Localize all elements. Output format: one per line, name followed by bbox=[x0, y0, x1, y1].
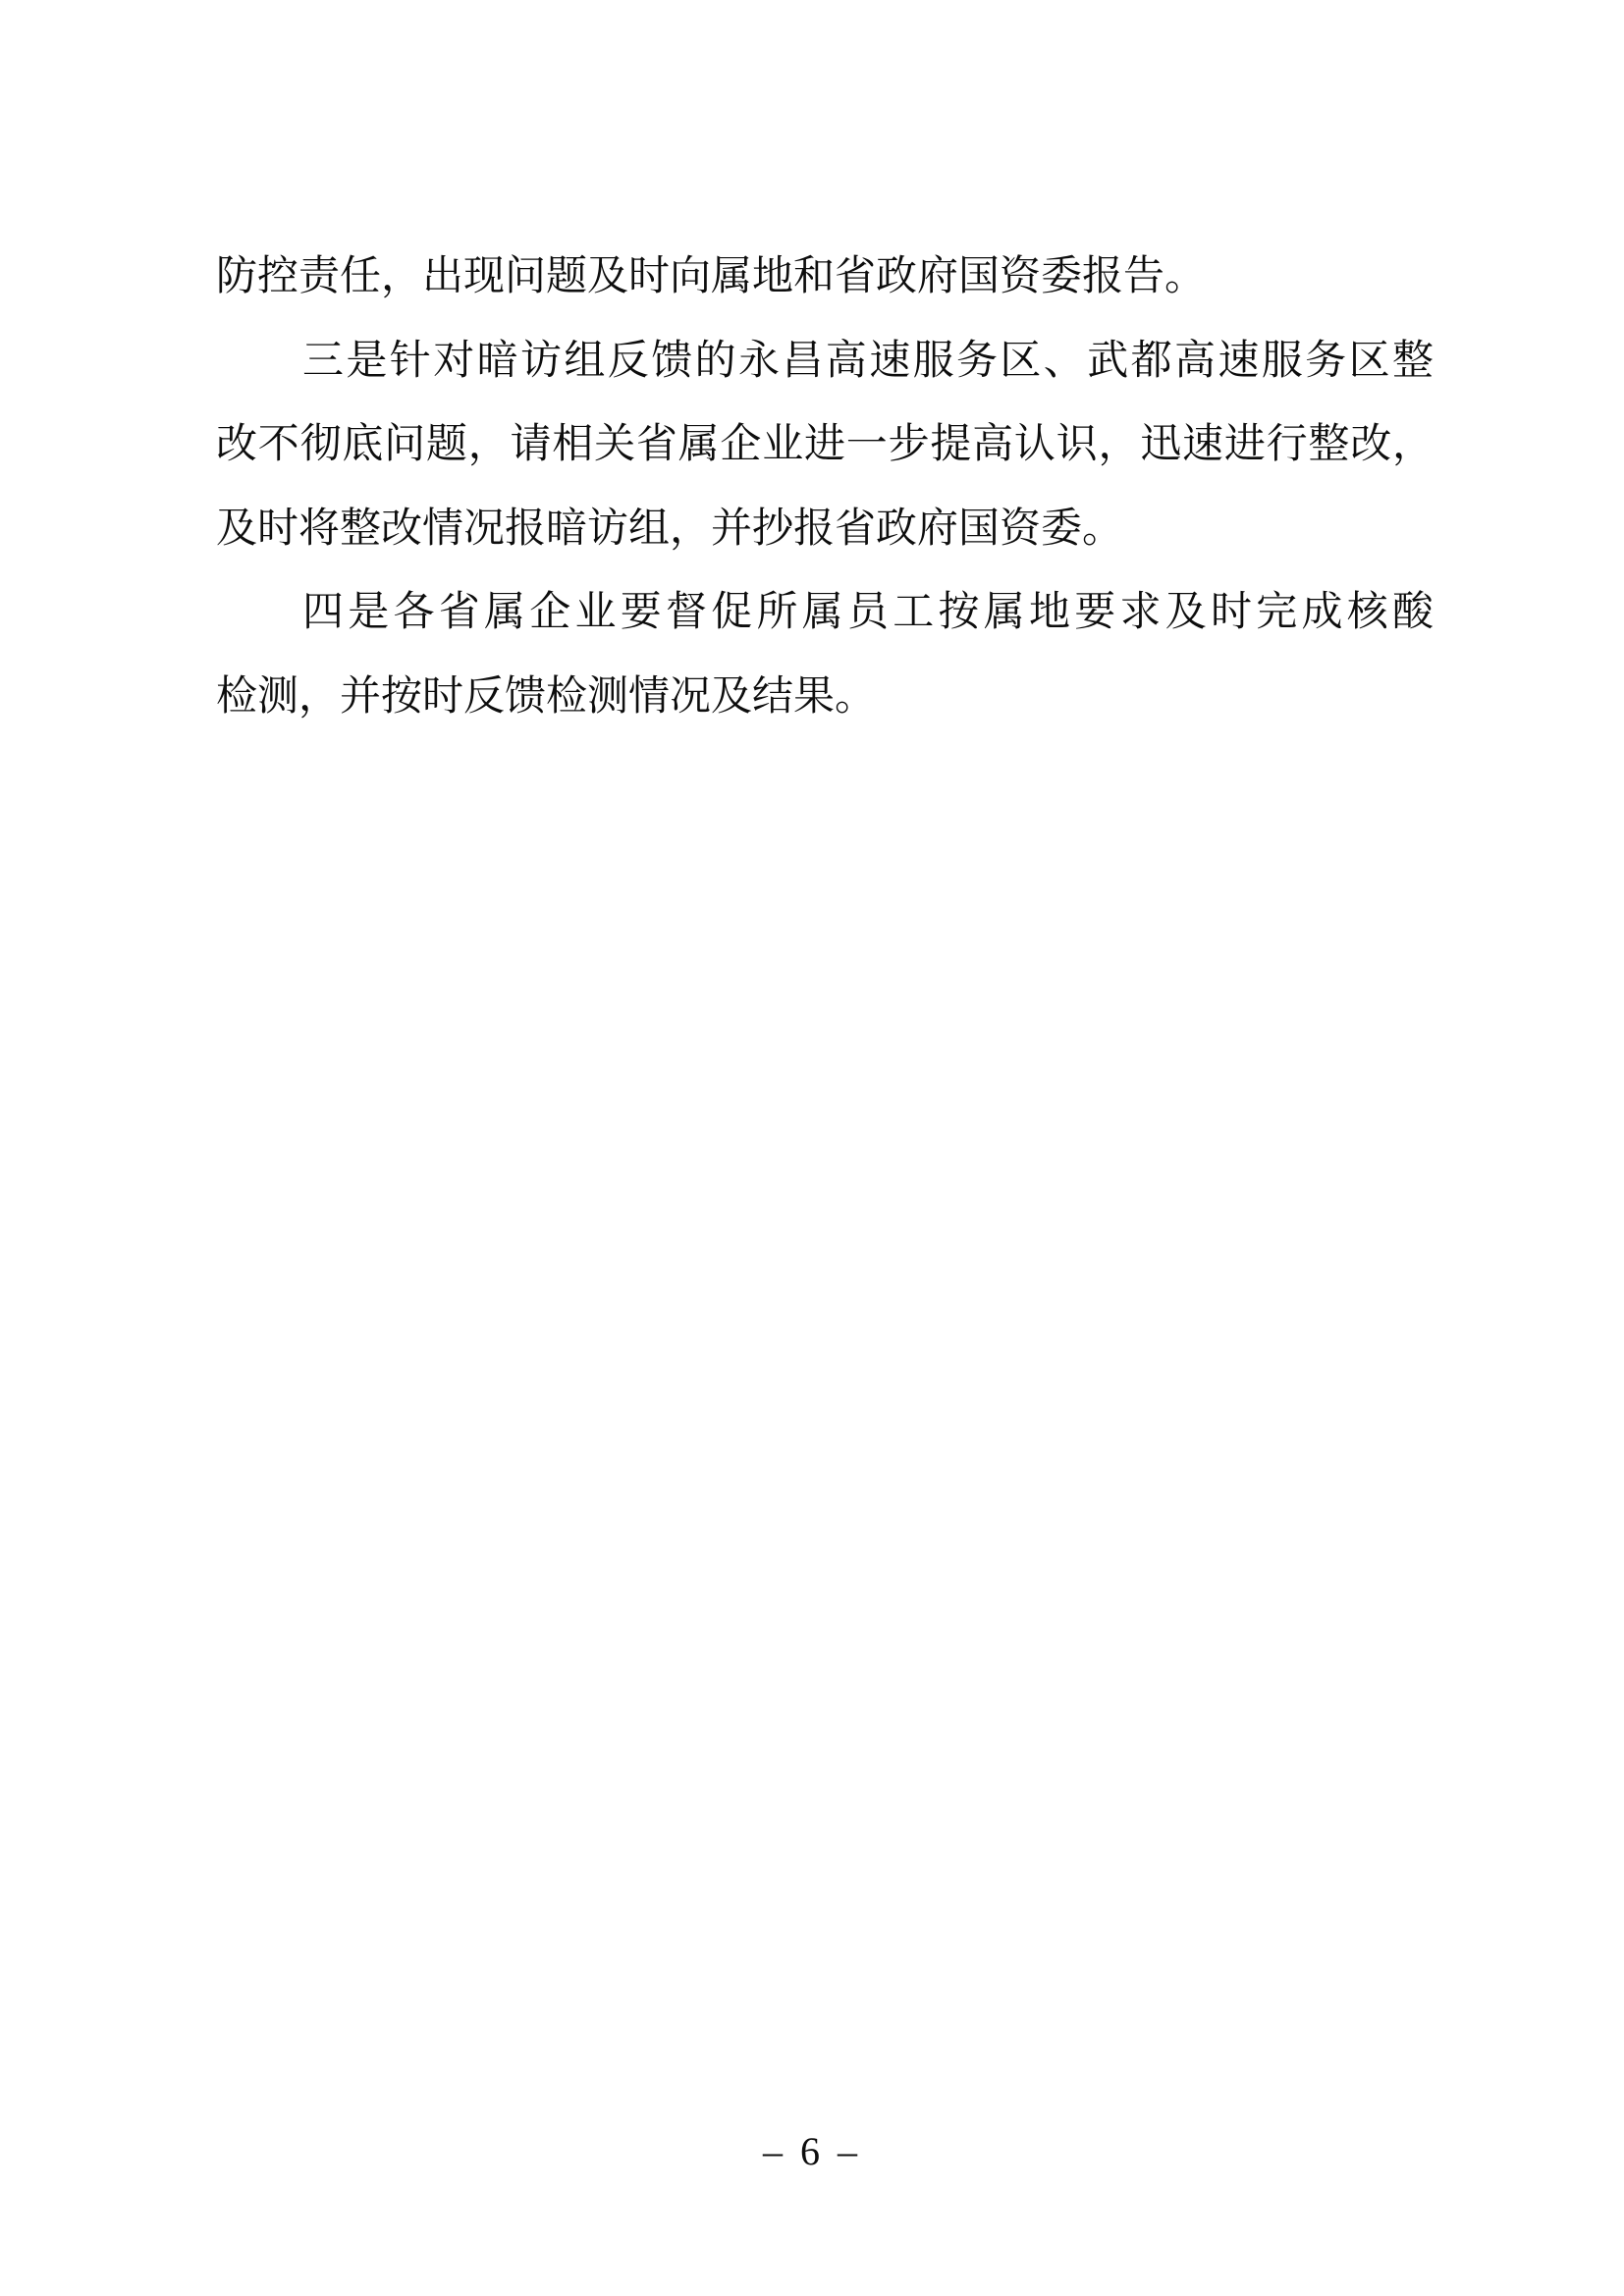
document-page: 防控责任，出现问题及时向属地和省政府国资委报告。三是针对暗访组反馈的永昌高速服务… bbox=[0, 0, 1624, 2296]
body-line: 检测，并按时反馈检测情况及结果。 bbox=[216, 656, 1434, 740]
body-line: 改不彻底问题，请相关省属企业进一步提高认识，迅速进行整改， bbox=[216, 403, 1434, 488]
body-line: 四是各省属企业要督促所属员工按属地要求及时完成核酸 bbox=[216, 571, 1434, 656]
body-line: 及时将整改情况报暗访组，并抄报省政府国资委。 bbox=[216, 488, 1434, 572]
body-line: 防控责任，出现问题及时向属地和省政府国资委报告。 bbox=[216, 236, 1434, 320]
document-body: 防控责任，出现问题及时向属地和省政府国资委报告。三是针对暗访组反馈的永昌高速服务… bbox=[216, 236, 1434, 739]
page-number: – 6 – bbox=[763, 2122, 861, 2181]
page-footer: – 6 – bbox=[0, 2122, 1624, 2181]
body-line: 三是针对暗访组反馈的永昌高速服务区、武都高速服务区整 bbox=[216, 320, 1434, 404]
